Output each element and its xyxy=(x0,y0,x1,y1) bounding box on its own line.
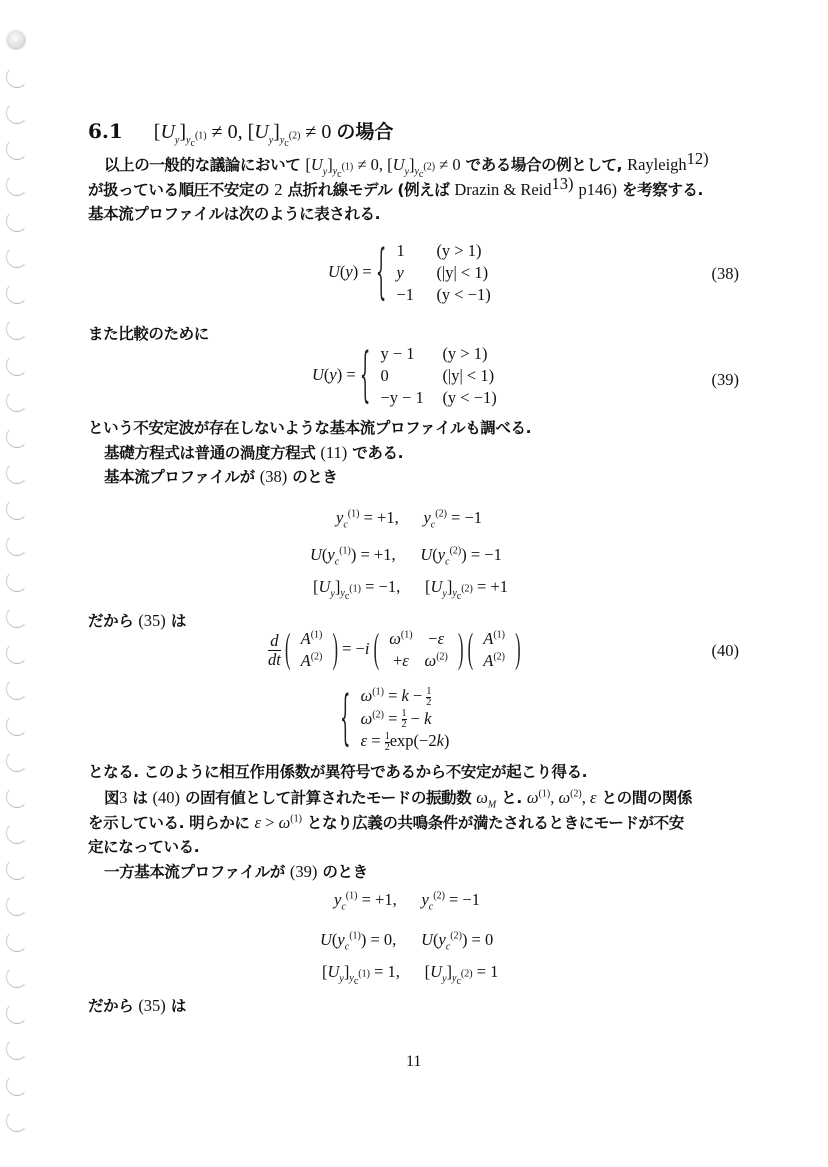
paragraph-stable-profile: という不安定波が存在しないような基本流プロファイルも調べる. xyxy=(88,416,531,441)
section-heading: 6.1 [Uy]yc(1) ≠ 0, [Uy]yc(2) ≠ 0 の場合 xyxy=(88,117,393,144)
text: は xyxy=(171,997,186,1015)
equation-reference: (35) xyxy=(138,611,166,630)
inline-math: ε > ω(1) xyxy=(255,813,302,832)
text: のとき xyxy=(322,863,367,881)
text: のとき xyxy=(292,468,337,486)
block2-line2: U(yc(1)) = 0, U(yc(2)) = 0 xyxy=(320,930,493,950)
equation-number-40: (40) xyxy=(712,641,740,661)
block1-line1: yc(1) = +1, yc(2) = −1 xyxy=(336,508,482,528)
brace-icon: { xyxy=(340,683,351,751)
text: だから xyxy=(88,997,133,1015)
text: だから xyxy=(88,612,133,630)
text: 基礎方程式は普通の渦度方程式 xyxy=(104,444,315,462)
paren-icon: ) xyxy=(515,624,521,674)
text: 点折れ線モデル xyxy=(287,181,392,199)
paren-icon: ( xyxy=(374,624,380,674)
paragraph-profile-38: 基本流プロファイルが (38) のとき xyxy=(104,464,338,490)
paragraph-comparison: また比較のために xyxy=(88,322,209,347)
equation-number-39: (39) xyxy=(712,370,740,390)
paren-icon: ( xyxy=(468,624,474,674)
text: 2 xyxy=(274,180,282,199)
derivative: ddt xyxy=(268,632,281,669)
paragraph-figure3-line2: を示している. 明らかに ε > ω(1) となり広義の共鳴条件が満たされるとき… xyxy=(88,810,684,836)
text: 基本流プロファイルが xyxy=(104,468,255,486)
citation-drazin-reid: Drazin & Reid xyxy=(454,180,551,199)
equation-reference: (38) xyxy=(260,467,288,486)
eq40-definitions: { ω(1) = k − 12 ω(2) = 12 − k ε = 12exp(… xyxy=(340,685,449,753)
eq39-cases: y − 1(y > 1) 0(|y| < 1) −y − 1(y < −1) xyxy=(380,343,496,409)
text: は xyxy=(171,612,186,630)
equation-38: U(y) = { 1(y > 1) y(|y| < 1) −1(y < −1) xyxy=(328,240,491,306)
brace-icon: { xyxy=(360,340,371,408)
paragraph-figure3-line1: 図3 は (40) の固有値として計算されたモードの振動数 ωM と. ω(1)… xyxy=(104,785,692,811)
eq38-cases: 1(y > 1) y(|y| < 1) −1(y < −1) xyxy=(396,240,490,306)
text: を考察する. xyxy=(622,181,703,199)
block1-line2: U(yc(1)) = +1, U(yc(2)) = −1 xyxy=(310,545,502,565)
figure-reference: 3 xyxy=(119,788,127,807)
paragraph-base-equation: 基礎方程式は普通の渦度方程式 (11) である. xyxy=(104,440,403,466)
paren-icon: ) xyxy=(332,624,338,674)
text: は xyxy=(132,789,147,807)
text: p146) xyxy=(579,180,618,199)
paragraph-intro-line2: が扱っている順圧不安定の 2 点折れ線モデル (例えば Drazin & Rei… xyxy=(88,177,703,203)
inline-math: ωM xyxy=(476,788,496,807)
block1-line3: [Uy]yc(1) = −1, [Uy]yc(2) = +1 xyxy=(313,577,508,597)
text: である. xyxy=(352,444,403,462)
equation-number-38: (38) xyxy=(712,264,740,284)
paragraph-profile-39: 一方基本流プロファイルが (39) のとき xyxy=(104,859,368,885)
block2-line1: yc(1) = +1, yc(2) = −1 xyxy=(334,890,480,910)
paragraph-intro-line3: 基本流プロファイルは次のように表される. xyxy=(88,202,380,227)
text: 一方基本流プロファイルが xyxy=(104,863,285,881)
text: となり広義の共鳴条件が満たされるときにモードが不安 xyxy=(307,814,684,832)
inline-math: [Uy]yc(1) ≠ 0, [Uy]yc(2) ≠ 0 xyxy=(305,155,460,174)
page-number: 11 xyxy=(406,1053,421,1071)
block2-line3: [Uy]yc(1) = 1, [Uy]yc(2) = 1 xyxy=(322,962,498,982)
section-title-suffix: の場合 xyxy=(336,121,393,143)
text: 以上の一般的な議論において xyxy=(104,156,300,174)
paren-icon: ( xyxy=(285,624,291,674)
coupling-matrix: ω(1)−ε +εω(2) xyxy=(383,628,454,672)
text: 図 xyxy=(104,789,119,807)
text: の固有値として計算されたモードの振動数 xyxy=(185,789,471,807)
paragraph-therefore-2: だから (35) は xyxy=(88,993,186,1019)
citation-rayleigh: Rayleigh xyxy=(627,155,687,174)
paragraph-instability: となる. このように相互作用係数が異符号であるから不安定が起こり得る. xyxy=(88,760,587,785)
document-page: 6.1 [Uy]yc(1) ≠ 0, [Uy]yc(2) ≠ 0 の場合 以上の… xyxy=(0,0,828,1167)
paren-icon: ) xyxy=(458,624,464,674)
text: が扱っている順圧不安定の xyxy=(88,181,269,199)
equation-reference: (39) xyxy=(290,862,318,881)
citation-number: 13) xyxy=(552,174,574,193)
equation-reference: (35) xyxy=(138,996,166,1015)
section-title-math: [Uy]yc(1) ≠ 0, [Uy]yc(2) ≠ 0 xyxy=(154,121,332,143)
eq38-lhs: U xyxy=(328,262,340,281)
paragraph-intro-line1: 以上の一般的な議論において [Uy]yc(1) ≠ 0, [Uy]yc(2) ≠… xyxy=(104,152,709,178)
definitions-cases: ω(1) = k − 12 ω(2) = 12 − k ε = 12exp(−2… xyxy=(361,685,450,753)
equation-39: U(y) = { y − 1(y > 1) 0(|y| < 1) −y − 1(… xyxy=(312,343,497,409)
vector-a: A(1) A(2) xyxy=(477,628,511,672)
equation-reference: (11) xyxy=(320,443,347,462)
vector-a: A(1) A(2) xyxy=(295,628,329,672)
text: との間の関係 xyxy=(602,789,693,807)
section-number: 6.1 xyxy=(88,119,123,143)
paragraph-figure3-line3: 定になっている. xyxy=(88,835,199,860)
text: を示している. 明らかに xyxy=(88,814,250,832)
equation-reference: (40) xyxy=(152,788,180,807)
text: である場合の例として, xyxy=(466,156,623,174)
equation-40: ddt ( A(1) A(2) ) = −i ( ω(1)−ε +εω(2) )… xyxy=(268,628,521,672)
citation-number: 12) xyxy=(687,149,709,168)
brace-icon: { xyxy=(376,237,387,305)
text: と. xyxy=(501,789,522,807)
text: (例えば xyxy=(397,181,449,199)
paragraph-therefore-1: だから (35) は xyxy=(88,608,186,634)
inline-math: ω(1), ω(2), ε xyxy=(527,788,597,807)
